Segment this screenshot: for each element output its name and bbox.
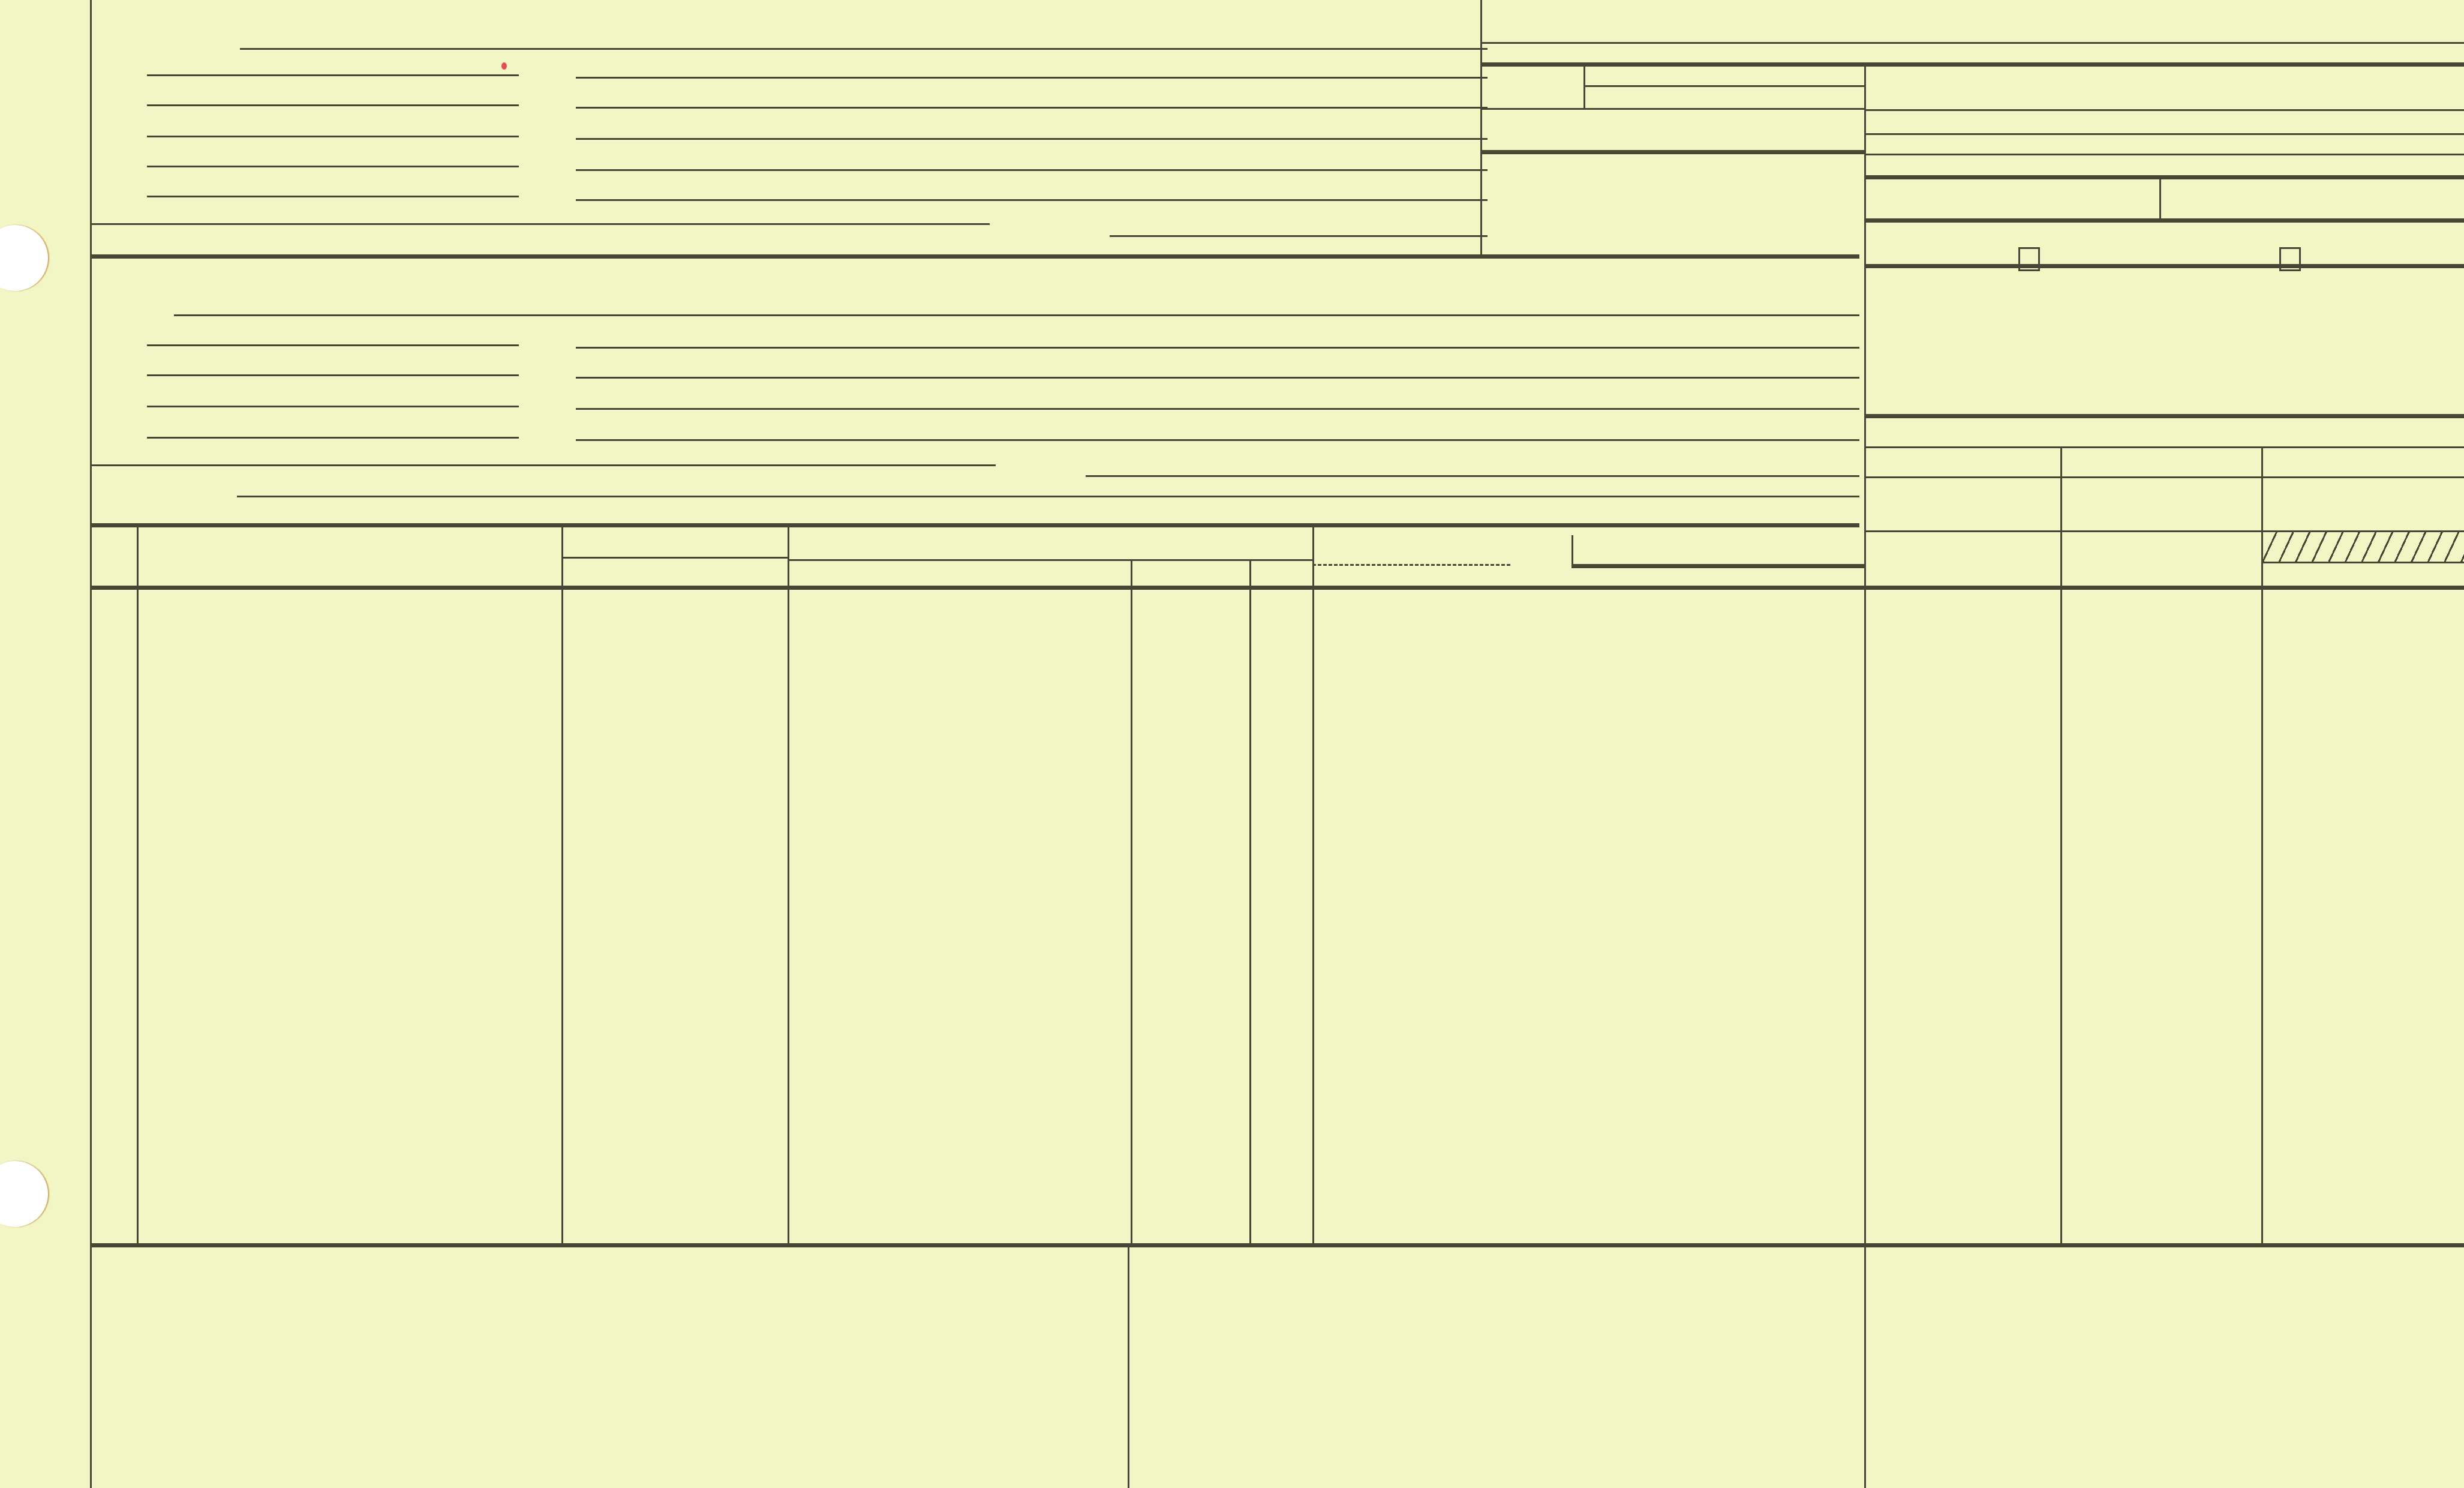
family-group-record-sheet [0,0,2464,1488]
hatched-cell [2261,532,2464,562]
punch-hole [0,225,48,291]
punch-hole [0,1161,48,1227]
